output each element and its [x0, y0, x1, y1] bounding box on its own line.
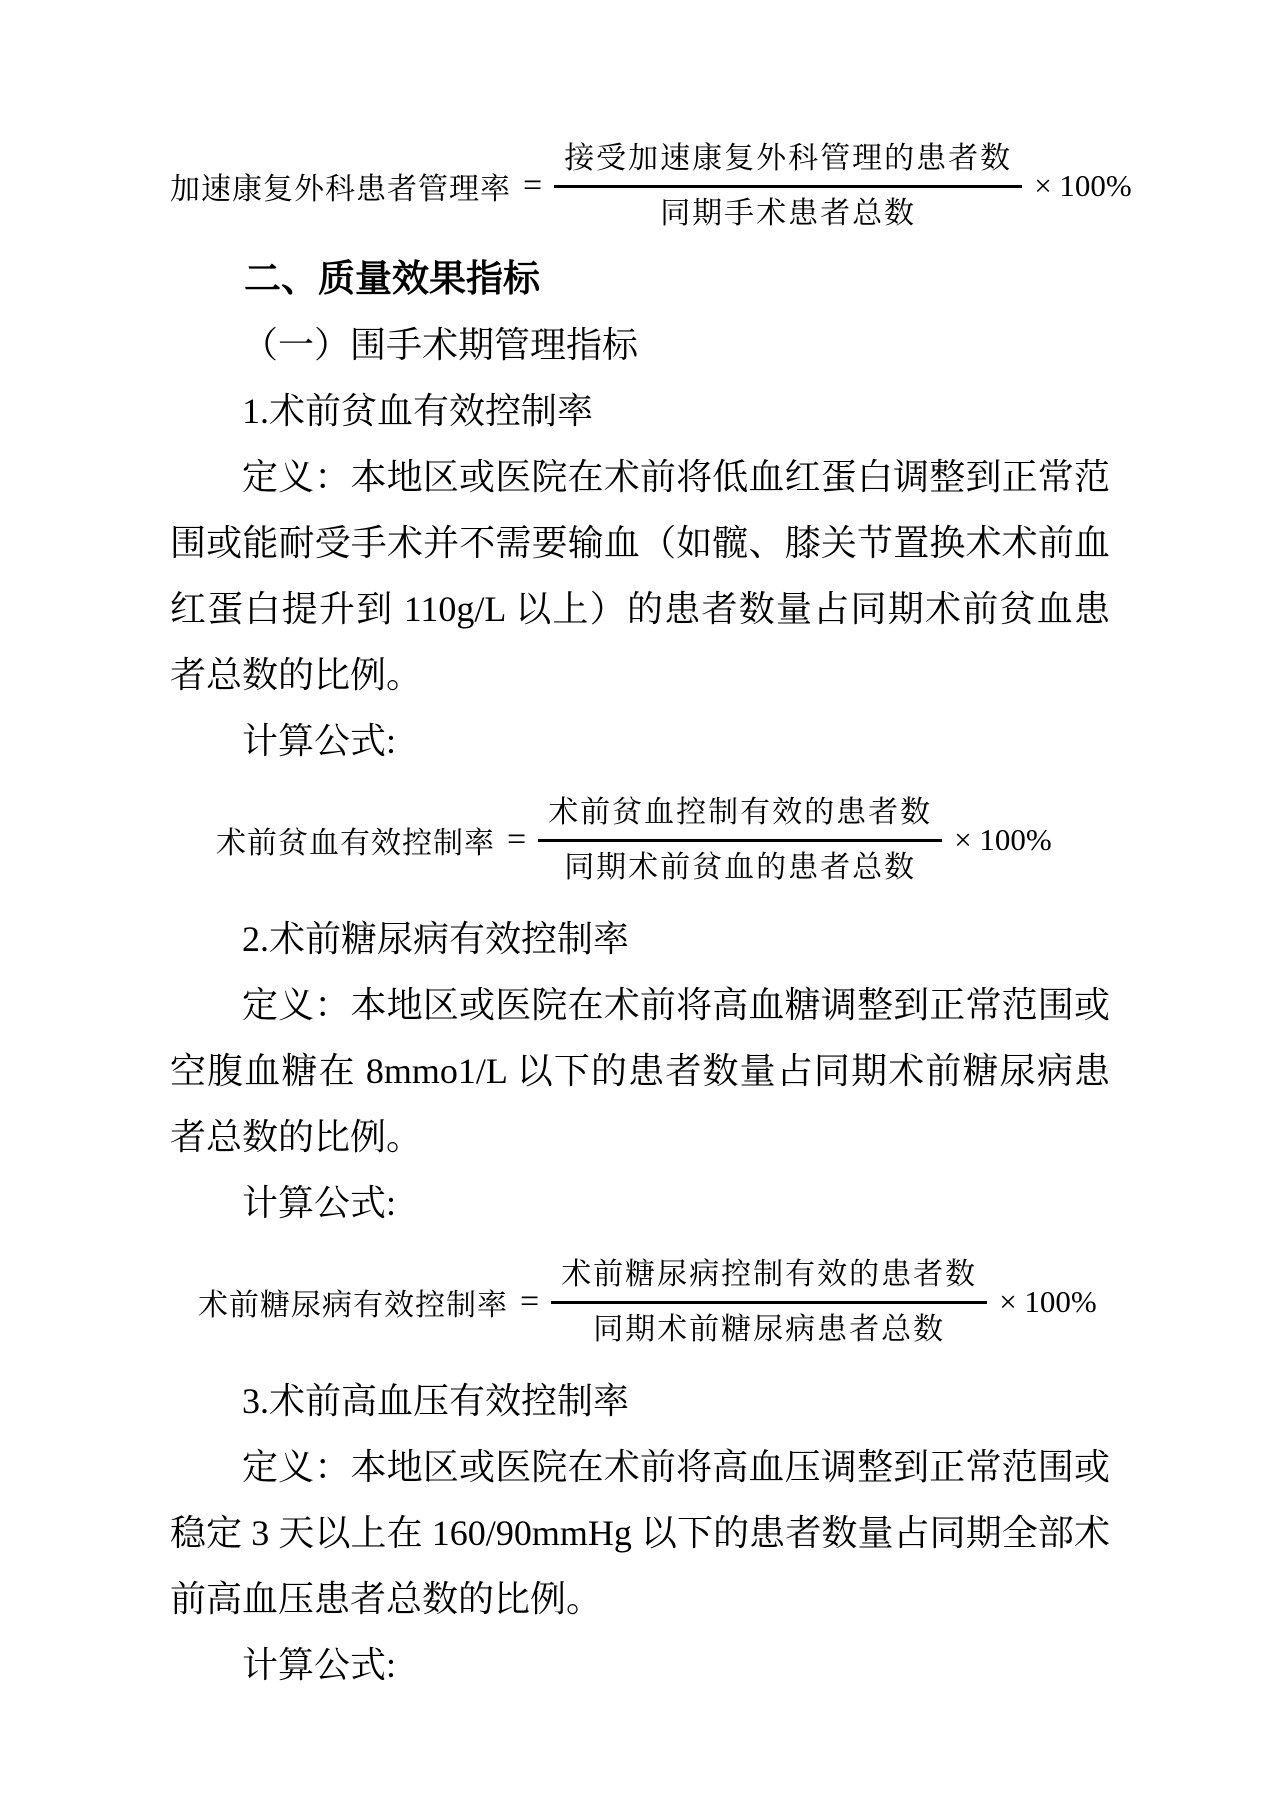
equals-sign: =: [523, 167, 542, 205]
formula-anemia-control-rate: 术前贫血有效控制率 = 术前贫血控制有效的患者数 同期术前贫血的患者总数 × 1…: [216, 774, 1110, 906]
fraction-denominator: 同期术前糖尿病患者总数: [593, 1304, 945, 1349]
section-heading: 二、质量效果指标: [170, 246, 1110, 312]
formula-label: 术前糖尿病有效控制率: [198, 1280, 508, 1324]
item-title-diabetes: 2.术前糖尿病有效控制率: [170, 906, 1110, 972]
fraction-denominator: 同期术前贫血的患者总数: [564, 842, 916, 887]
formula-ers-management-rate: 加速康复外科患者管理率 = 接受加速康复外科管理的患者数 同期手术患者总数 × …: [170, 126, 1110, 246]
formula-label: 术前贫血有效控制率: [216, 818, 495, 862]
subsection-heading: （一）围手术期管理指标: [170, 312, 1110, 378]
fraction-numerator: 术前糖尿病控制有效的患者数: [551, 1256, 987, 1304]
equals-sign: =: [507, 821, 526, 859]
item-title-hypertension: 3.术前高血压有效控制率: [170, 1368, 1110, 1434]
item-definition-diabetes: 定义：本地区或医院在术前将高血糖调整到正常范围或空腹血糖在 8mmo1/L 以下…: [170, 972, 1110, 1170]
calc-formula-label: 计算公式:: [170, 708, 1110, 774]
fraction-numerator: 术前贫血控制有效的患者数: [538, 794, 942, 842]
item-title-anemia: 1.术前贫血有效控制率: [170, 378, 1110, 444]
item-definition-hypertension: 定义：本地区或医院在术前将高血压调整到正常范围或稳定 3 天以上在 160/90…: [170, 1434, 1110, 1632]
calc-formula-label: 计算公式:: [170, 1170, 1110, 1236]
equals-sign: =: [520, 1283, 539, 1321]
fraction: 术前贫血控制有效的患者数 同期术前贫血的患者总数: [538, 794, 942, 886]
fraction: 接受加速康复外科管理的患者数 同期手术患者总数: [554, 140, 1022, 232]
fraction-numerator: 接受加速康复外科管理的患者数: [554, 140, 1022, 188]
fraction-denominator: 同期手术患者总数: [660, 188, 916, 233]
formula-multiplier: × 100%: [1034, 168, 1132, 204]
formula-label: 加速康复外科患者管理率: [170, 164, 511, 208]
formula-multiplier: × 100%: [954, 822, 1052, 858]
item-definition-anemia: 定义：本地区或医院在术前将低血红蛋白调整到正常范围或能耐受手术并不需要输血（如髋…: [170, 444, 1110, 708]
calc-formula-label: 计算公式:: [170, 1632, 1110, 1698]
document-page: 加速康复外科患者管理率 = 接受加速康复外科管理的患者数 同期手术患者总数 × …: [0, 0, 1280, 1810]
formula-diabetes-control-rate: 术前糖尿病有效控制率 = 术前糖尿病控制有效的患者数 同期术前糖尿病患者总数 ×…: [198, 1236, 1110, 1368]
fraction: 术前糖尿病控制有效的患者数 同期术前糖尿病患者总数: [551, 1256, 987, 1348]
formula-multiplier: × 100%: [999, 1284, 1097, 1320]
